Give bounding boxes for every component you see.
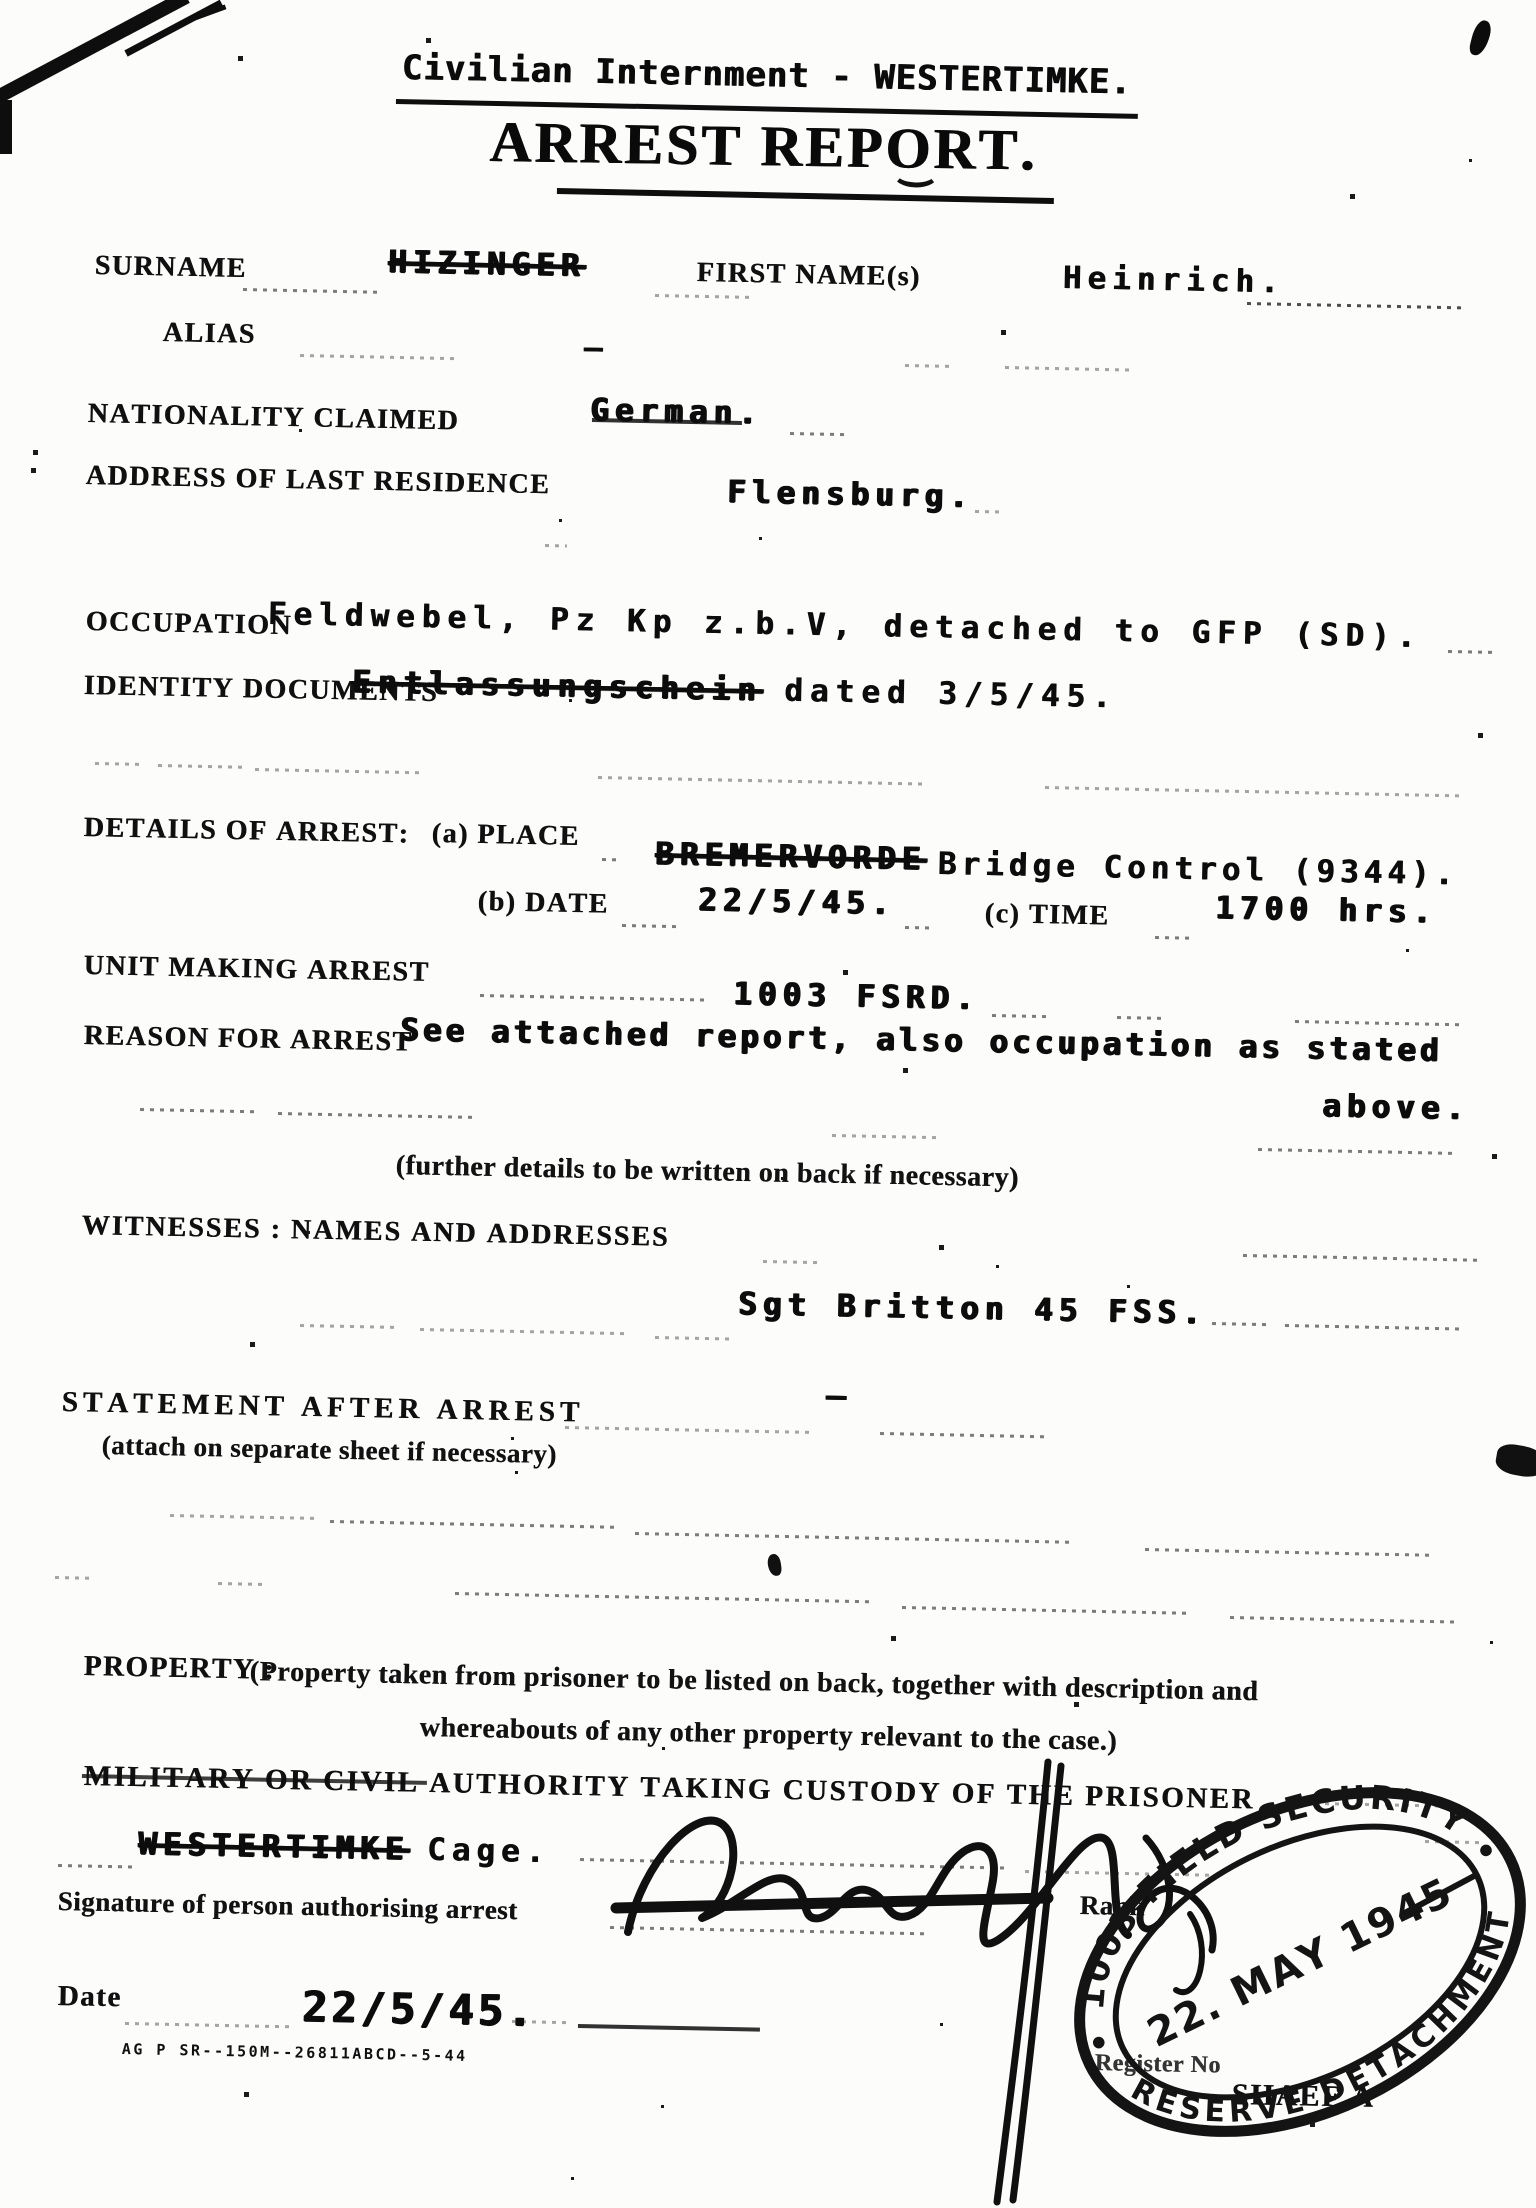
scanned-arrest-report-page: Civilian Internment - WESTERTIMKE. ARRES… [0, 0, 1536, 2208]
address-value: Flensburg. [726, 474, 973, 515]
dotted-leader [218, 1582, 266, 1586]
dotted-leader [95, 762, 145, 766]
dotted-leader [975, 510, 1003, 514]
unit-value: 1003 FSRD. [732, 976, 979, 1017]
dotted-leader [1243, 1254, 1478, 1262]
corner-fold-artifact [0, 0, 190, 105]
signature-label: Signature of person authorising arrest [57, 1886, 518, 1926]
dotted-leader [905, 926, 933, 930]
dotted-leader [1045, 786, 1460, 797]
dotted-leader [763, 1260, 818, 1264]
dotted-leader [1117, 1016, 1162, 1020]
dotted-leader [1155, 936, 1195, 940]
dotted-leader [905, 364, 950, 368]
arrest-date-value: 22/5/45. [697, 882, 895, 922]
dotted-leader [1212, 1322, 1267, 1326]
form-header-line: Civilian Internment - WESTERTIMKE. [401, 48, 1132, 103]
further-details-note: (further details to be written on back i… [395, 1150, 1019, 1195]
witnesses-value: Sgt Britton 45 FSS. [737, 1286, 1206, 1331]
dotted-leader [655, 1336, 730, 1341]
identity-document-date: dated 3/5/45. [784, 673, 1118, 716]
dotted-leader [992, 1014, 1047, 1018]
custody-value: WESTERTIMKECage. [137, 1826, 550, 1870]
dotted-leader [278, 1112, 473, 1119]
dotted-leader [598, 776, 928, 786]
alias-value: — [583, 330, 608, 366]
dotted-leader [635, 1532, 1075, 1544]
dotted-leader [480, 994, 710, 1002]
identity-documents-value: Entlassungscheindated 3/5/45. [351, 664, 1118, 715]
dotted-leader [330, 1520, 620, 1529]
date-value: 22/5/45. [301, 1982, 536, 2036]
unit-label: UNIT MAKING ARREST [83, 950, 430, 989]
page-edge-artifact [0, 100, 12, 154]
witnesses-label: WITNESSES : NAMES AND ADDRESSES [81, 1210, 669, 1254]
nationality-label: NATIONALITY CLAIMED [87, 398, 459, 437]
dotted-leader [125, 2022, 290, 2028]
ink-blob-artifact [1468, 18, 1493, 57]
dotted-leader [300, 1324, 395, 1329]
dotted-leader [565, 1426, 810, 1434]
arrest-place-rest-value: Bridge Control (9344). [937, 846, 1458, 892]
statement-value: — [825, 1376, 852, 1417]
dotted-leader [58, 1864, 133, 1869]
arrest-date-label: (b) DATE [477, 886, 609, 921]
arrest-time-label: (c) TIME [984, 898, 1109, 932]
dotted-leader [420, 1328, 630, 1335]
dotted-leader [255, 768, 420, 774]
arrest-details-label: DETAILS OF ARREST: [83, 812, 409, 851]
date-label: Date [57, 1980, 122, 2014]
page-title: ARREST REPORT. [489, 108, 1038, 184]
scan-specks [0, 0, 1, 1]
dotted-leader [170, 1514, 320, 1520]
dotted-leader [243, 288, 378, 294]
nationality-value: German. [589, 392, 762, 431]
property-note-line1: (Property taken from prisoner to be list… [249, 1656, 1258, 1708]
dotted-leader [55, 1576, 90, 1580]
statement-note: (attach on separate sheet if necessary) [101, 1430, 557, 1470]
surname-label: SURNAME [94, 250, 247, 285]
reason-label: REASON FOR ARREST [83, 1020, 412, 1059]
dotted-leader [545, 544, 567, 547]
occupation-label: OCCUPATION [85, 606, 292, 642]
statement-label: STATEMENT AFTER ARREST [61, 1386, 584, 1429]
arrest-time-value: 1700 hrs. [1214, 890, 1437, 930]
reason-value-line2: above. [1321, 1088, 1470, 1127]
arrest-place-label: (a) PLACE [431, 818, 580, 853]
arrest-place-name-value: BREMERVORDE [654, 836, 926, 877]
dotted-leader [140, 1108, 255, 1113]
dotted-leader [1247, 302, 1462, 309]
dotted-leader [1448, 650, 1498, 654]
occupation-value: Feldwebel, Pz Kp z.b.V, detached to GFP … [267, 596, 1422, 655]
dotted-leader [158, 764, 243, 769]
ink-smudge-artifact [1494, 1442, 1536, 1481]
alias-label: ALIAS [162, 317, 256, 351]
dotted-leader [602, 858, 620, 861]
field-security-stamp: • 1003 FIELD SECURITY • RESERVE DETACHME… [1040, 1762, 1536, 2208]
dotted-leader [455, 1592, 875, 1603]
title-underline [557, 188, 1054, 204]
dotted-leader [655, 294, 750, 299]
title-smudge-artifact [892, 160, 939, 188]
dotted-leader [902, 1606, 1192, 1615]
surname-value: HIZINGER [387, 244, 585, 284]
form-number: AG P SR--150M--26811ABCD--5-44 [122, 2040, 468, 2065]
reason-value-line1: See attached report, also occupation as … [399, 1012, 1442, 1069]
custody-place: WESTERTIMKE [137, 1826, 409, 1867]
dotted-leader [1285, 1324, 1460, 1331]
dotted-leader [300, 354, 460, 360]
dotted-leader [1295, 1020, 1460, 1026]
first-name-label: FIRST NAME(s) [696, 257, 921, 293]
dotted-leader [790, 432, 845, 436]
first-name-value: Heinrich. [1062, 260, 1285, 300]
dotted-leader [1145, 1548, 1435, 1557]
dotted-leader [1258, 1148, 1458, 1155]
property-label: PROPERTY : [83, 1650, 275, 1687]
dotted-leader [622, 924, 682, 928]
ink-blob-artifact [767, 1553, 783, 1577]
dotted-leader [1230, 1616, 1460, 1624]
dotted-leader [1005, 366, 1135, 372]
dotted-leader [880, 1432, 1050, 1438]
custody-place-suffix: Cage. [427, 1832, 551, 1870]
dotted-leader [832, 1134, 942, 1139]
address-label: ADDRESS OF LAST RESIDENCE [85, 460, 550, 501]
